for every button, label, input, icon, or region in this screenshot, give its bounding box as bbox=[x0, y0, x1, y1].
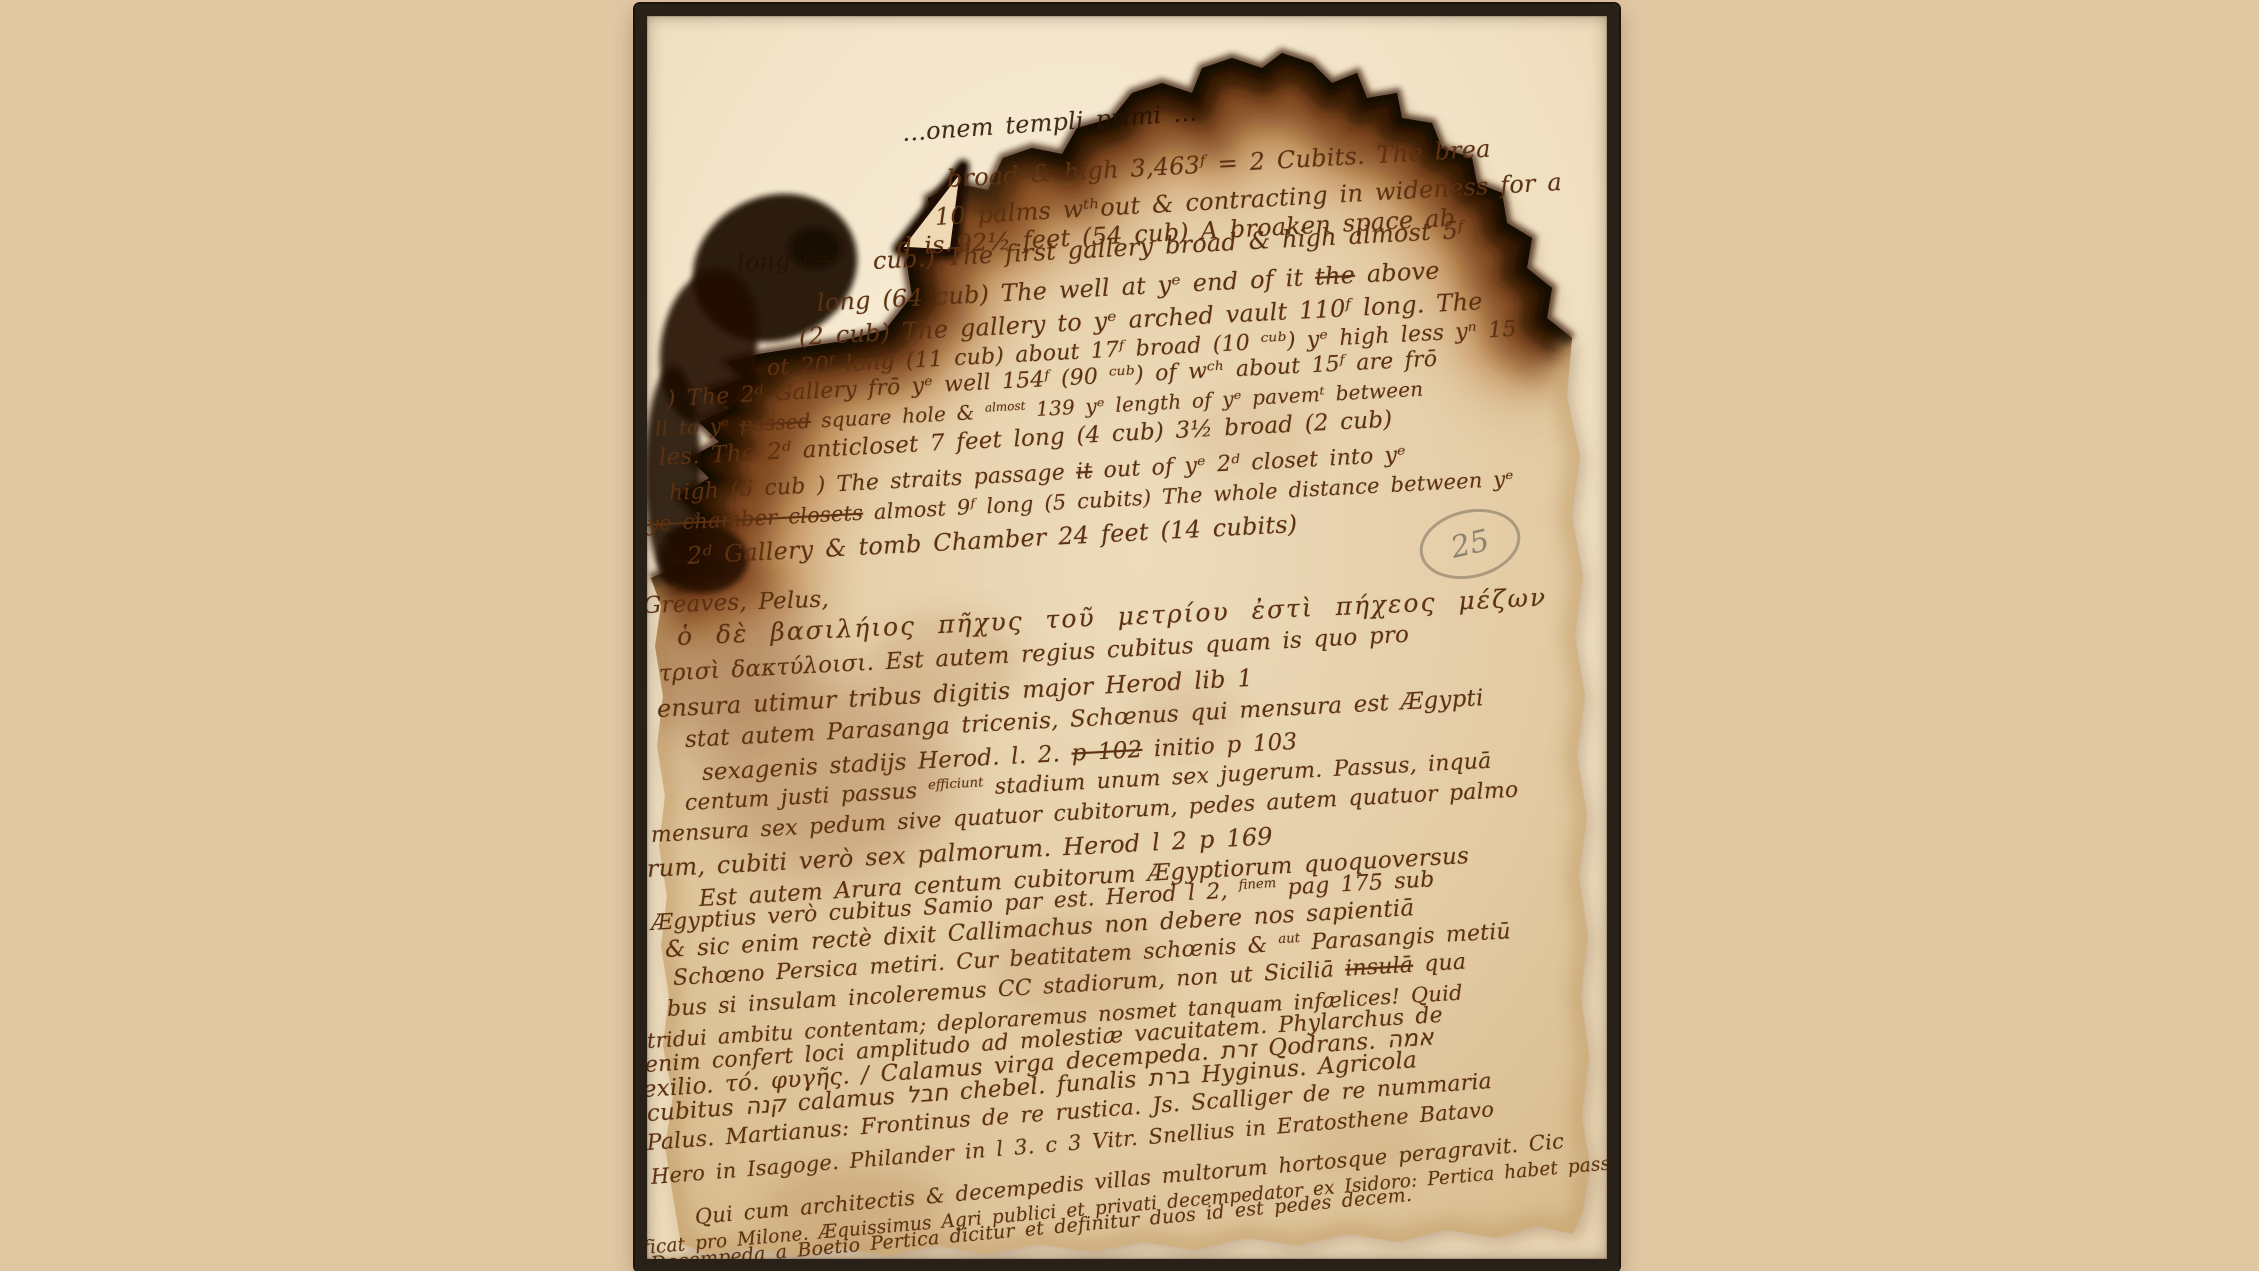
struck-text: passed bbox=[739, 409, 811, 437]
inserted-text: efficiunt bbox=[928, 776, 984, 794]
struck-text: p 102 bbox=[1071, 737, 1143, 767]
circled-page-number-text: 25 bbox=[1447, 523, 1492, 566]
line-text: square hole & bbox=[810, 400, 986, 433]
framed-manuscript-photo: …onem templi primi … broad & high 3,463ᶠ… bbox=[635, 4, 1619, 1271]
inserted-text: aut bbox=[1278, 931, 1300, 947]
manuscript-line: long (= bbox=[736, 245, 833, 277]
line-text: above bbox=[1354, 256, 1440, 288]
inserted-text: finem bbox=[1238, 876, 1276, 893]
struck-text: the bbox=[1314, 261, 1355, 291]
struck-text: insulā bbox=[1344, 953, 1413, 982]
photo-stage: …onem templi primi … broad & high 3,463ᶠ… bbox=[0, 0, 2259, 1271]
struck-text: it bbox=[1075, 459, 1093, 485]
line-text: qua bbox=[1412, 950, 1467, 978]
line-text: initio p 103 bbox=[1142, 729, 1298, 763]
line-text: ll to yᵉ bbox=[654, 413, 740, 441]
inserted-text: almost bbox=[985, 399, 1026, 415]
circled-page-number: 25 bbox=[1413, 499, 1528, 588]
handwriting-layer: …onem templi primi … broad & high 3,463ᶠ… bbox=[647, 16, 1607, 1259]
manuscript-line: …onem templi primi … bbox=[901, 99, 1198, 146]
manuscript-margin-note: Greaves, Pelus, bbox=[647, 588, 829, 620]
